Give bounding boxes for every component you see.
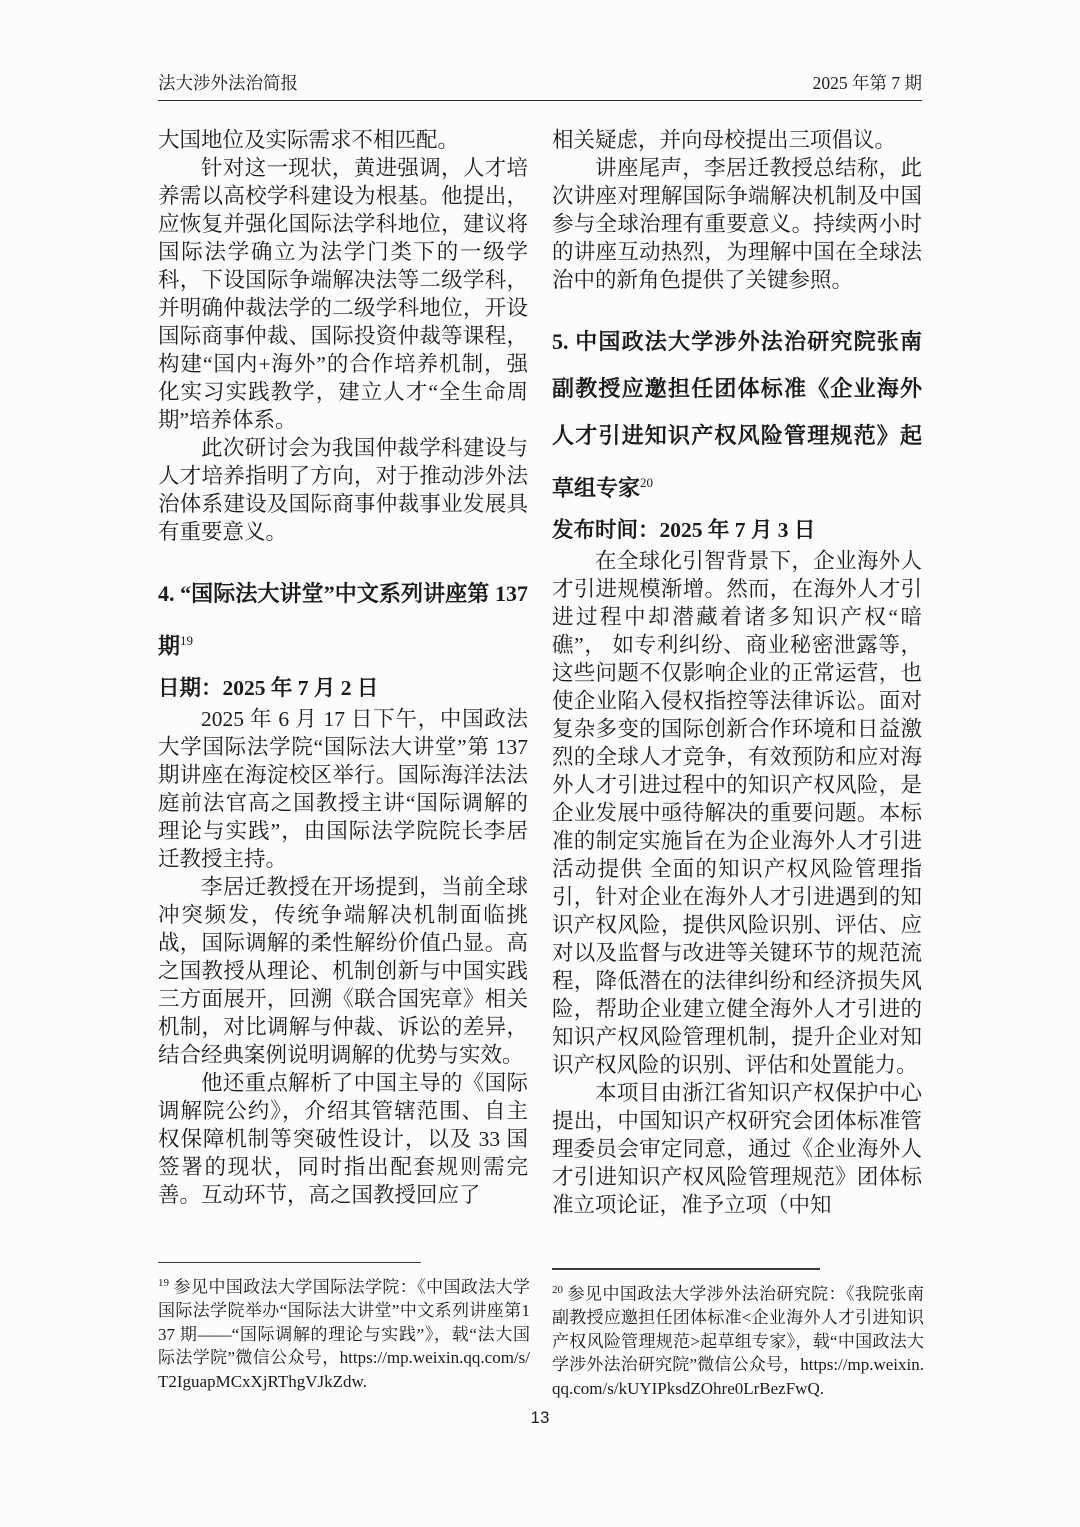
section-5-heading: 5. 中国政法大学涉外法治研究院张南副教授应邀担任团体标准《企业海外人才引进知识…: [552, 318, 922, 511]
left-column: 大国地位及实际需求不相匹配。 针对这一现状，黄进强调，人才培养需以高校学科建设为…: [158, 126, 528, 1209]
footnote-20-text: 20 参见中国政法大学涉外法治研究院：《我院张南副教授应邀担任团体标准<企业海外…: [552, 1279, 924, 1400]
paragraph: 针对这一现状，黄进强调，人才培养需以高校学科建设为根基。他提出，应恢复并强化国际…: [158, 154, 528, 434]
section-5-date: 发布时间：2025 年 7 月 3 日: [552, 515, 922, 545]
footnote-19-number: 19: [158, 1277, 169, 1289]
paragraph: 李居迁教授在开场提到，当前全球冲突频发，传统争端解决机制面临挑战，国际调解的柔性…: [158, 873, 528, 1069]
document-page: 法大涉外法治简报 2025 年第 7 期 大国地位及实际需求不相匹配。 针对这一…: [0, 0, 1080, 1527]
footnote-20-number: 20: [552, 1284, 563, 1296]
footnote-20: 20 参见中国政法大学涉外法治研究院：《我院张南副教授应邀担任团体标准<企业海外…: [552, 1268, 924, 1400]
paragraph: 2025 年 6 月 17 日下午，中国政法大学国际法学院“国际法大讲堂”第 1…: [158, 705, 528, 873]
paragraph: 本项目由浙江省知识产权保护中心提出，中国知识产权研究会团体标准管理委员会审定同意…: [552, 1079, 922, 1219]
paragraph: 相关疑虑，并向母校提出三项倡议。: [552, 126, 922, 154]
section-5-heading-text: 5. 中国政法大学涉外法治研究院张南副教授应邀担任团体标准《企业海外人才引进知识…: [552, 329, 922, 500]
paragraph: 在全球化引智背景下，企业海外人才引进规模渐增。然而，在海外人才引进过程中却潜藏着…: [552, 547, 922, 1079]
page-number: 13: [0, 1408, 1080, 1428]
footnote-separator: [552, 1268, 820, 1270]
section-4-heading: 4. “国际法大讲堂”中文系列讲座第 137 期19: [158, 570, 528, 669]
paragraph: 大国地位及实际需求不相匹配。: [158, 126, 528, 154]
page-header: 法大涉外法治简报 2025 年第 7 期: [158, 70, 922, 101]
section-4-date: 日期：2025 年 7 月 2 日: [158, 673, 528, 703]
footnote-19-text: 19 参见中国政法大学国际法学院：《中国政法大学国际法学院举办“国际法大讲堂”中…: [158, 1272, 530, 1393]
paragraph: 讲座尾声，李居迁教授总结称，此次讲座对理解国际争端解决机制及中国参与全球治理有重…: [552, 154, 922, 294]
header-title: 法大涉外法治简报: [158, 70, 298, 95]
paragraph: 他还重点解析了中国主导的《国际调解院公约》，介绍其管辖范围、自主权保障机制等突破…: [158, 1069, 528, 1209]
footnote-separator: [158, 1262, 421, 1263]
header-issue: 2025 年第 7 期: [813, 70, 922, 95]
paragraph: 此次研讨会为我国仲裁学科建设与人才培养指明了方向，对于推动涉外法治体系建设及国际…: [158, 434, 528, 546]
right-column: 相关疑虑，并向母校提出三项倡议。 讲座尾声，李居迁教授总结称，此次讲座对理解国际…: [552, 126, 922, 1219]
section-4-heading-text: 4. “国际法大讲堂”中文系列讲座第 137 期: [158, 581, 528, 658]
footnote-ref-19: 19: [180, 633, 193, 648]
footnote-ref-20: 20: [640, 475, 653, 490]
footnote-19: 19 参见中国政法大学国际法学院：《中国政法大学国际法学院举办“国际法大讲堂”中…: [158, 1262, 530, 1393]
